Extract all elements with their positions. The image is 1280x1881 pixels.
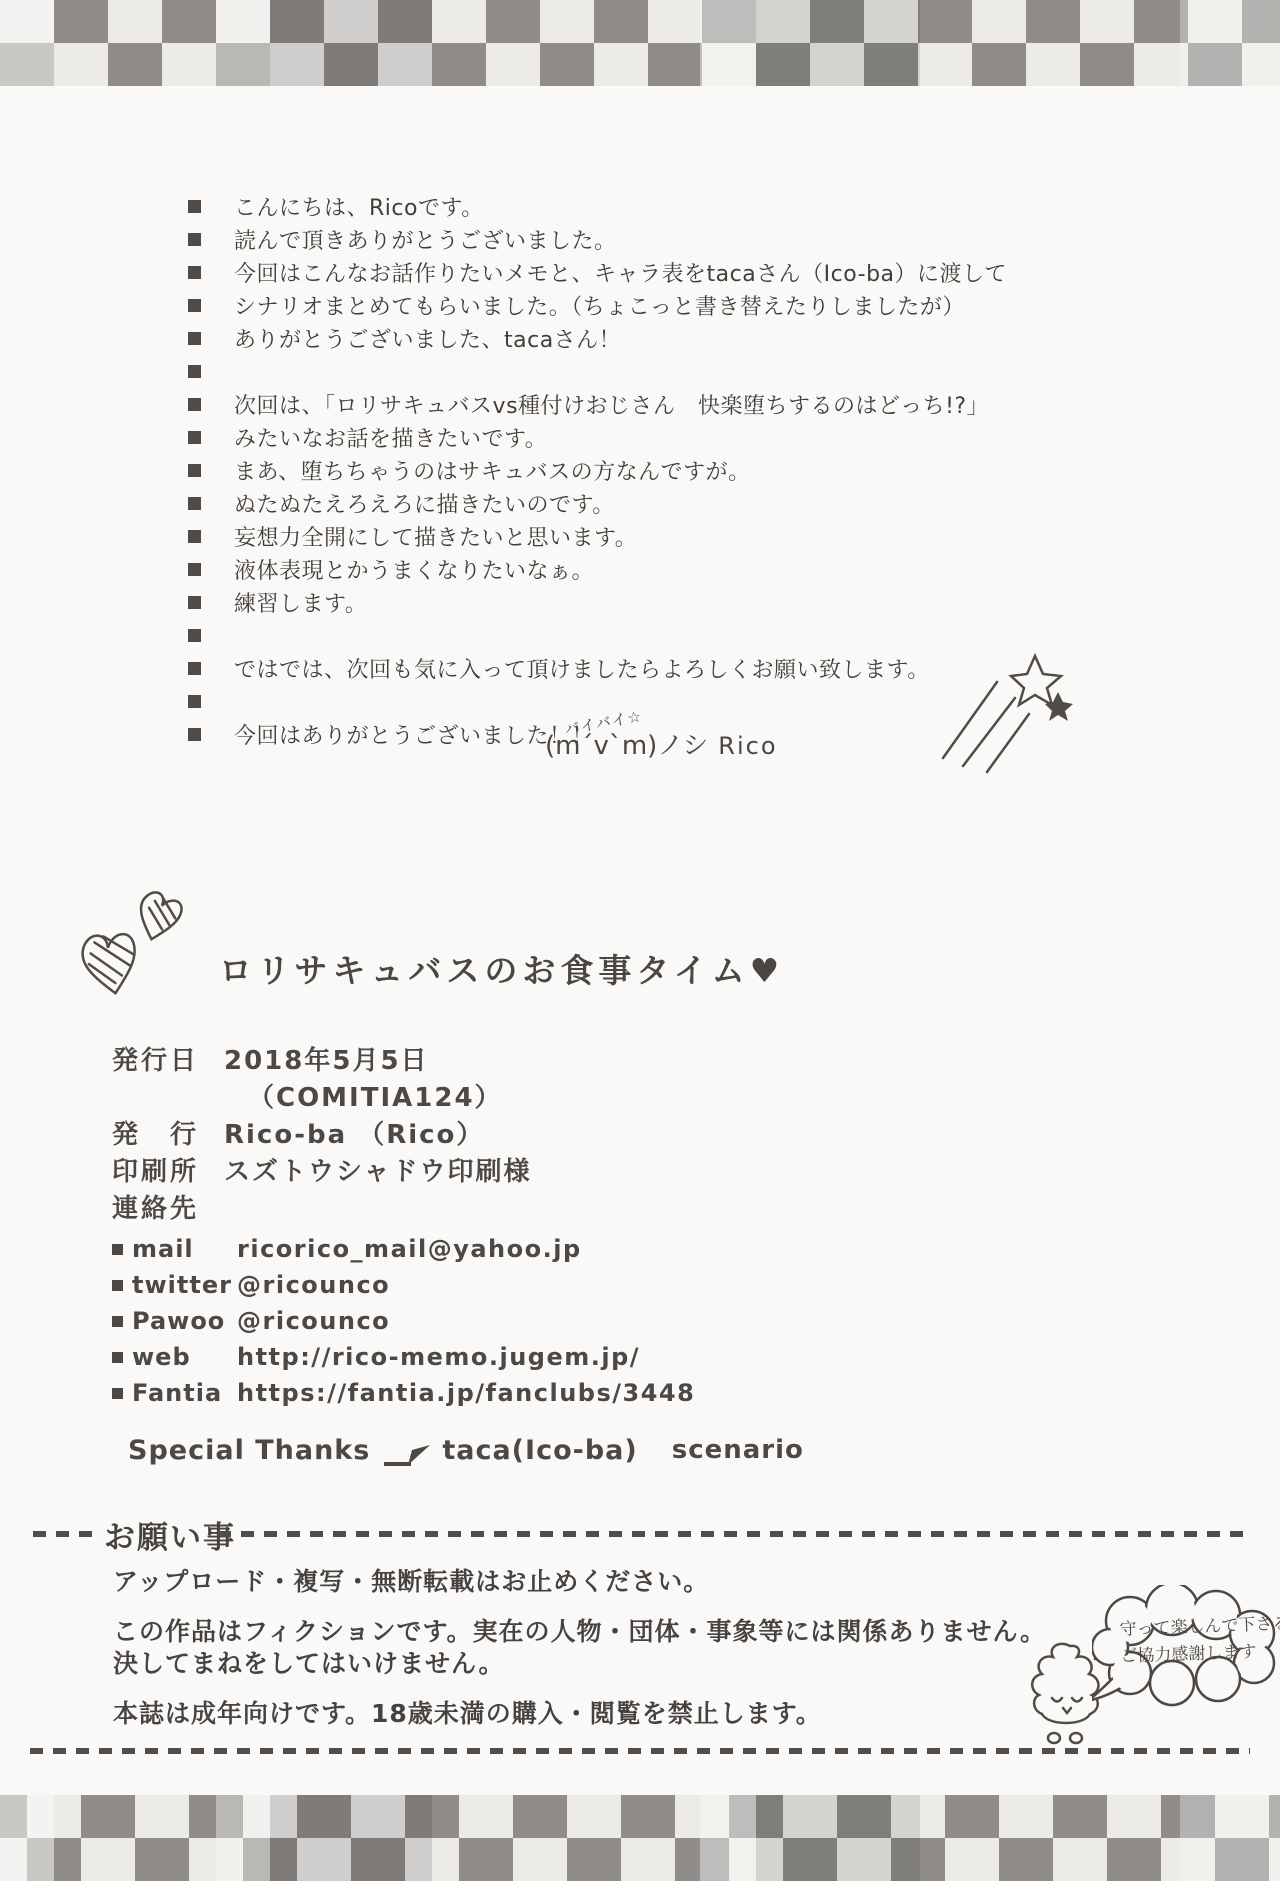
author-signature: Rico	[718, 732, 777, 760]
request-line: アップロード・複写・無断転載はお止めください。	[113, 1562, 709, 1598]
colophon-label: 印刷所	[112, 1151, 224, 1188]
contact-label: mail	[132, 1235, 237, 1263]
square-bullet-icon	[188, 332, 201, 345]
square-bullet-icon	[188, 200, 201, 213]
square-bullet-icon	[112, 1244, 123, 1255]
square-bullet-icon	[188, 629, 201, 642]
square-bullet-icon	[188, 497, 201, 510]
heart-doodle-icon	[48, 878, 213, 1000]
afterword-line-text: みたいなお話を描きたいです。	[234, 422, 547, 453]
contact-list: mailricorico_mail@yahoo.jp twitter@ricou…	[112, 1231, 872, 1411]
contact-label: Fantia	[132, 1379, 237, 1407]
colophon-label: 発行日	[112, 1040, 224, 1077]
afterword-line: 妄想力全開にして描きたいと思います。	[188, 520, 1198, 553]
colophon-row: 発 行 Rico-ba （Rico）	[112, 1114, 872, 1151]
afterword-line-text: ぬたぬたえろえろに描きたいのです。	[234, 488, 615, 519]
contact-row: webhttp://rico-memo.jugem.jp/	[112, 1339, 872, 1375]
title-row: ロリサキュバスのお食事タイム♥	[48, 878, 784, 1000]
request-heading-row: お願い事	[0, 1512, 1280, 1556]
afterword-line: ありがとうございました、tacaさん！	[188, 322, 1198, 355]
contact-label: web	[132, 1343, 237, 1371]
book-title: ロリサキュバスのお食事タイム♥	[219, 945, 784, 992]
checker-border-top	[0, 0, 1280, 86]
square-bullet-icon	[188, 695, 201, 708]
square-bullet-icon	[188, 530, 201, 543]
square-bullet-icon	[188, 266, 201, 279]
afterword-line: 次回は、「ロリサキュバスvs種付けおじさん 快楽堕ちするのはどっち!?」	[188, 388, 1198, 421]
fantia-url: https://fantia.jp/fanclubs/3448	[237, 1379, 695, 1407]
square-bullet-icon	[112, 1280, 123, 1291]
twitter-handle: @ricounco	[237, 1271, 390, 1299]
afterword-line-text: こんにちは、Ricoです。	[234, 191, 484, 222]
colophon-row: 連絡先	[112, 1188, 872, 1225]
request-line: この作品はフィクションです。実在の人物・団体・事象等には関係ありません。	[113, 1612, 1046, 1648]
afterword-line-text: ありがとうございました、tacaさん！	[234, 323, 621, 354]
event-name: （COMITIA124）	[224, 1077, 503, 1114]
publisher-name: Rico-ba （Rico）	[224, 1114, 484, 1151]
afterword-line: ぬたぬたえろえろに描きたいのです。	[188, 487, 1198, 520]
square-bullet-icon	[188, 728, 201, 741]
afterword-line	[188, 355, 1198, 388]
square-bullet-icon	[112, 1316, 123, 1327]
afterword-line	[188, 619, 1198, 652]
square-bullet-icon	[188, 233, 201, 246]
dashed-divider	[218, 1531, 1248, 1537]
square-bullet-icon	[188, 464, 201, 477]
special-thanks-row: Special Thanks taca(Ico-ba) scenario	[128, 1432, 804, 1468]
colophon-row: 発行日 2018年5月5日	[112, 1040, 872, 1077]
arrow-doodle-icon	[384, 1442, 432, 1468]
afterword-line-text: 液体表現とかうまくなりたいなぁ。	[234, 554, 594, 585]
printer-name: スズトウシャドウ印刷様	[224, 1151, 531, 1188]
request-heading: お願い事	[104, 1512, 236, 1557]
request-line: 決してまねをしてはいけません。	[113, 1644, 505, 1680]
square-bullet-icon	[188, 563, 201, 576]
afterword-line: 液体表現とかうまくなりたいなぁ。	[188, 553, 1198, 586]
colophon-row: 印刷所 スズトウシャドウ印刷様	[112, 1151, 872, 1188]
contact-row: Pawoo@ricounco	[112, 1303, 872, 1339]
contact-row: Fantiahttps://fantia.jp/fanclubs/3448	[112, 1375, 872, 1411]
square-bullet-icon	[188, 431, 201, 444]
afterword-line-text: シナリオまとめてもらいました。（ちょこっと書き替えたりしましたが）	[234, 290, 965, 321]
afterword-line: みたいなお話を描きたいです。	[188, 421, 1198, 454]
doujin-afterword-page: こんにちは、Ricoです。 読んで頂きありがとうございました。 今回はこんなお話…	[0, 0, 1280, 1881]
afterword-line-text: 妄想力全開にして描きたいと思います。	[234, 521, 637, 552]
colophon: 発行日 2018年5月5日 （COMITIA124） 発 行 Rico-ba （…	[112, 1040, 872, 1411]
checker-border-bottom	[0, 1795, 1280, 1881]
bubble-line: ご協力感謝します	[1120, 1638, 1280, 1671]
mail-address: ricorico_mail@yahoo.jp	[237, 1235, 582, 1263]
colophon-label: 発 行	[112, 1114, 224, 1151]
contact-label: Pawoo	[132, 1307, 237, 1335]
afterword-line-text: 今回はありがとうございました！！	[234, 719, 594, 750]
colophon-label: 連絡先	[112, 1188, 224, 1225]
square-bullet-icon	[188, 299, 201, 312]
special-thanks-label: Special Thanks	[128, 1435, 370, 1466]
web-url: http://rico-memo.jugem.jp/	[237, 1343, 640, 1371]
afterword-line: 読んで頂きありがとうございました。	[188, 223, 1198, 256]
afterword-line-text: 今回はこんなお話作りたいメモと、キャラ表をtacaさん（Ico-ba）に渡して	[234, 257, 1007, 288]
afterword-line-text: 練習します。	[234, 587, 367, 618]
afterword-line: 練習します。	[188, 586, 1198, 619]
colophon-row: （COMITIA124）	[112, 1077, 872, 1114]
square-bullet-icon	[188, 662, 201, 675]
square-bullet-icon	[188, 398, 201, 411]
special-thanks-name: taca(Ico-ba)	[442, 1435, 637, 1466]
afterword-line-text: 次回は、「ロリサキュバスvs種付けおじさん 快楽堕ちするのはどっち!?」	[234, 389, 989, 420]
publish-date: 2018年5月5日	[224, 1040, 429, 1077]
afterword-line-text: ではでは、次回も気に入って頂けましたらよろしくお願い致します。	[234, 653, 930, 684]
contact-row: mailricorico_mail@yahoo.jp	[112, 1231, 872, 1267]
afterword-line-text: 読んで頂きありがとうございました。	[234, 224, 617, 255]
square-bullet-icon	[112, 1388, 123, 1399]
contact-row: twitter@ricounco	[112, 1267, 872, 1303]
afterword-line: まあ、堕ちちゃうのはサキュバスの方なんですが。	[188, 454, 1198, 487]
star-doodle-icon	[925, 650, 1075, 785]
bubble-text: 守って楽しんで下さる方 ご協力感謝します	[1119, 1611, 1280, 1671]
square-bullet-icon	[112, 1352, 123, 1363]
afterword-line-text: まあ、堕ちちゃうのはサキュバスの方なんですが。	[234, 455, 751, 486]
signoff: バイバイ☆ (m´v`m)ノシRico	[545, 700, 778, 762]
afterword-line: シナリオまとめてもらいました。（ちょこっと書き替えたりしましたが）	[188, 289, 1198, 322]
pawoo-handle: @ricounco	[237, 1307, 390, 1335]
contact-label: twitter	[132, 1271, 237, 1299]
dashed-divider	[33, 1531, 95, 1537]
square-bullet-icon	[188, 596, 201, 609]
special-thanks-role: scenario	[672, 1435, 804, 1465]
afterword-line: 今回はこんなお話作りたいメモと、キャラ表をtacaさん（Ico-ba）に渡して	[188, 256, 1198, 289]
afterword-line: こんにちは、Ricoです。	[188, 190, 1198, 223]
request-line: 本誌は成年向けです。18歳未満の購入・閲覧を禁止します。	[113, 1694, 822, 1730]
square-bullet-icon	[188, 365, 201, 378]
